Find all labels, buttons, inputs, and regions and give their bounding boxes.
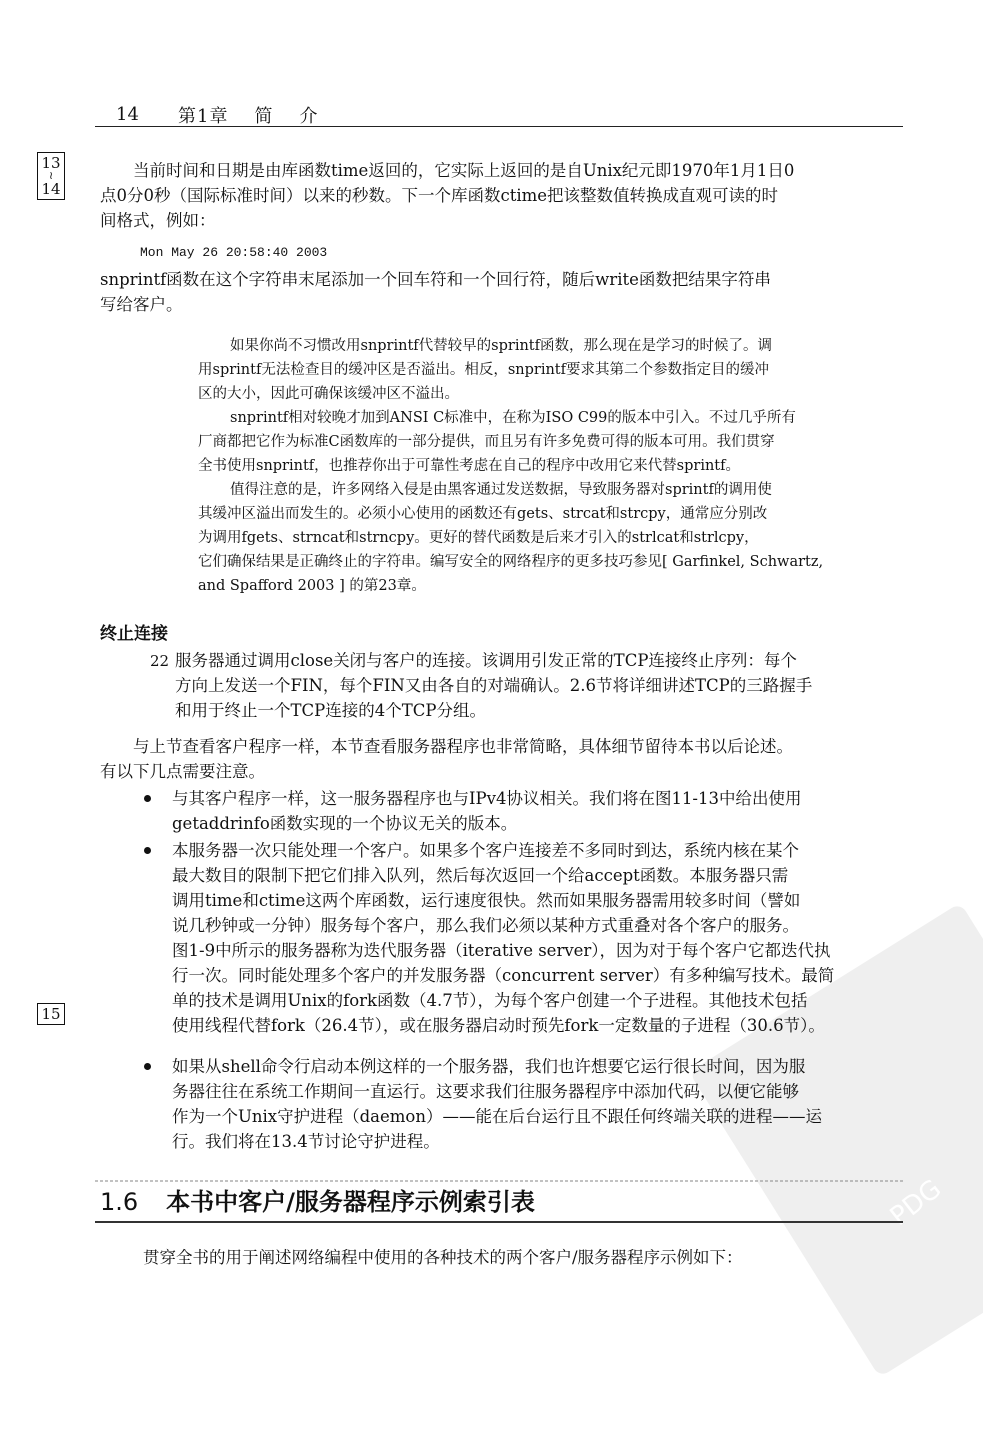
text-line: 用sprintf无法检查目的缓冲区是否溢出。相反，snprintf要求其第二个参…: [198, 358, 908, 382]
text-line: snprintf函数在这个字符串末尾添加一个回车符和一个回行符，随后write函…: [100, 267, 905, 292]
text-line: 值得注意的是，许多网络入侵是由黑客通过发送数据，导致服务器对sprintf的调用…: [198, 478, 908, 502]
intro-paragraph: 当前时间和日期是由库函数time返回的，它实际上返回的是自Unix纪元即1970…: [100, 158, 905, 233]
text-line: 使用线程代替fork（26.4节），或在服务器启动时预先fork一定数量的子进程…: [172, 1013, 907, 1038]
bullet-item: 如果从shell命令行启动本例这样的一个服务器，我们也许想要它运行很长时间，因为…: [172, 1054, 907, 1154]
text-line: 区的大小，因此可确保该缓冲区不溢出。: [198, 382, 908, 406]
bullet-icon: [144, 1063, 151, 1070]
bullet-item: 与其客户程序一样，这一服务器程序也与IPv4协议相关。我们将在图11-13中给出…: [172, 786, 907, 836]
text-line: 服务器通过调用close关闭与客户的连接。该调用引发正常的TCP连接终止序列：每…: [175, 648, 910, 673]
text-line: 和用于终止一个TCP连接的4个TCP分组。: [175, 698, 910, 723]
text-line: 点0分0秒（国际标准时间）以来的秒数。下一个库函数ctime把该整数值转换成直观…: [100, 183, 905, 208]
text-line: 与上节查看客户程序一样，本节查看服务器程序也非常简略，具体细节留待本书以后论述。: [100, 734, 905, 759]
text-line: 厂商都把它作为标准C函数库的一部分提供，而且另有许多免费可得的版本可用。我们贯穿: [198, 430, 908, 454]
bullet-icon: [144, 847, 151, 854]
subsection-heading: 终止连接: [100, 619, 168, 644]
section-title: 本书中客户/服务器程序示例索引表: [166, 1188, 535, 1216]
summary-paragraph: 与上节查看客户程序一样，本节查看服务器程序也非常简略，具体细节留待本书以后论述。…: [100, 734, 905, 784]
text-line: 如果你尚不习惯改用snprintf代替较早的sprintf函数，那么现在是学习的…: [198, 334, 908, 358]
text-line: 方向上发送一个FIN，每个FIN又由各自的对端确认。2.6节将详细讲述TCP的三…: [175, 673, 910, 698]
ref-to: 14: [41, 181, 61, 197]
chapter-title-char: 介: [299, 106, 318, 127]
bullet-item: 本服务器一次只能处理一个客户。如果多个客户连接差不多同时到达，系统内核在某个 最…: [172, 838, 907, 1038]
code-line-number: 22: [150, 652, 169, 670]
text-line: 务器往往在系统工作期间一直运行。这要求我们往服务器程序中添加代码，以便它能够: [172, 1079, 907, 1104]
text-line: getaddrinfo函数实现的一个协议无关的版本。: [172, 811, 907, 836]
margin-page-ref: 15: [37, 1003, 65, 1025]
text-line: and Spafford 2003 ] 的第23章。: [198, 574, 908, 598]
text-line: 贯穿全书的用于阐述网络编程中使用的各种技术的两个客户/服务器程序示例如下：: [100, 1245, 905, 1270]
section-heading: 1.6本书中客户/服务器程序示例索引表: [100, 1182, 535, 1217]
text-line: snprintf相对较晚才加到ANSI C标准中，在称为ISO C99的版本中引…: [198, 406, 908, 430]
text-line: 间格式，例如：: [100, 208, 905, 233]
section-bottom-rule: [95, 1221, 903, 1223]
text-line: 如果从shell命令行启动本例这样的一个服务器，我们也许想要它运行很长时间，因为…: [172, 1054, 907, 1079]
text-line: 调用time和ctime这两个库函数，运行速度很快。然而如果服务器需用较多时间（…: [172, 888, 907, 913]
page-number: 14: [116, 104, 139, 125]
text-line: 行一次。同时能处理多个客户的并发服务器（concurrent server）有多…: [172, 963, 907, 988]
section-intro-paragraph: 贯穿全书的用于阐述网络编程中使用的各种技术的两个客户/服务器程序示例如下：: [100, 1245, 905, 1270]
text-line: 与其客户程序一样，这一服务器程序也与IPv4协议相关。我们将在图11-13中给出…: [172, 786, 907, 811]
note-paragraph: snprintf相对较晚才加到ANSI C标准中，在称为ISO C99的版本中引…: [198, 406, 908, 478]
text-line: 最大数目的限制下把它们排入队列，然后每次返回一个给accept函数。本服务器只需: [172, 863, 907, 888]
code-example: Mon May 26 20:58:40 2003: [140, 245, 327, 260]
text-line: 为调用fgets、strncat和strncpy。更好的替代函数是后来才引入的s…: [198, 526, 908, 550]
text-line: 说几秒钟或一分钟）服务每个客户，那么我们必须以某种方式重叠对各个客户的服务。: [172, 913, 907, 938]
header-rule: [95, 126, 903, 127]
text-line: 它们确保结果是正确终止的字符串。编写安全的网络程序的更多技巧参见[ Garfin…: [198, 550, 908, 574]
bullet-icon: [144, 795, 151, 802]
text-line: 其缓冲区溢出而发生的。必须小心使用的函数还有gets、strcat和strcpy…: [198, 502, 908, 526]
text-line: 行。我们将在13.4节讨论守护进程。: [172, 1129, 907, 1154]
text-line: 写给客户。: [100, 292, 905, 317]
note-paragraph: 如果你尚不习惯改用snprintf代替较早的sprintf函数，那么现在是学习的…: [198, 334, 908, 406]
snprintf-paragraph: snprintf函数在这个字符串末尾添加一个回车符和一个回行符，随后write函…: [100, 267, 905, 317]
chapter-label: 第1章: [178, 106, 228, 127]
margin-page-ref: 13 ≀ 14: [37, 152, 65, 200]
terminate-paragraph: 服务器通过调用close关闭与客户的连接。该调用引发正常的TCP连接终止序列：每…: [175, 648, 910, 723]
text-line: 有以下几点需要注意。: [100, 759, 905, 784]
text-line: 单的技术是调用Unix的fork函数（4.7节），为每个客户创建一个子进程。其他…: [172, 988, 907, 1013]
note-block: 如果你尚不习惯改用snprintf代替较早的sprintf函数，那么现在是学习的…: [198, 334, 908, 598]
text-line: 全书使用snprintf，也推荐你出于可靠性考虑在自己的程序中改用它来代替spr…: [198, 454, 908, 478]
text-line: 图1-9中所示的服务器称为迭代服务器（iterative server），因为对…: [172, 938, 907, 963]
chapter-title-char: 简: [254, 106, 273, 127]
text-line: 本服务器一次只能处理一个客户。如果多个客户连接差不多同时到达，系统内核在某个: [172, 838, 907, 863]
ref-page: 15: [41, 1006, 61, 1022]
section-number: 1.6: [100, 1188, 138, 1216]
note-paragraph: 值得注意的是，许多网络入侵是由黑客通过发送数据，导致服务器对sprintf的调用…: [198, 478, 908, 598]
chapter-title: 第1章简介: [178, 102, 344, 128]
text-line: 当前时间和日期是由库函数time返回的，它实际上返回的是自Unix纪元即1970…: [100, 158, 905, 183]
text-line: 作为一个Unix守护进程（daemon）——能在后台运行且不跟任何终端关联的进程…: [172, 1104, 907, 1129]
